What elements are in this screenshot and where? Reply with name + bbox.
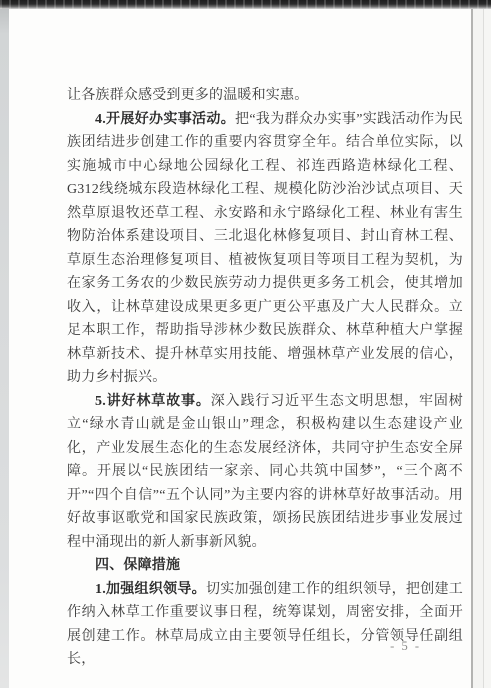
scanned-document-page: 让各族群众感受到更多的温暖和实惠。 4.开展好办实事活动。把“我为群众办实事”实… xyxy=(0,0,491,688)
paragraph-lead: 5.讲好林草故事。 xyxy=(95,394,211,409)
scan-edge-left xyxy=(0,0,9,688)
paragraph-text: 让各族群众感受到更多的温暖和实惠。 xyxy=(67,88,308,103)
page-edge-right xyxy=(471,0,491,688)
scan-edge-top xyxy=(0,0,491,9)
page-number: - 5 - xyxy=(390,639,421,654)
paragraph-continuation: 让各族群众感受到更多的温暖和实惠。 xyxy=(67,84,463,108)
paragraph-text: 把“我为群众办实事”实践活动作为民族团结进步创建工作的重要内容贯穿全年。结合单位… xyxy=(67,112,463,386)
paragraph-text: 深入践行习近平生态文明思想，牢固树立“绿水青山就是金山银山”理念，积极构建以生态… xyxy=(67,394,463,550)
paragraph-item-5: 5.讲好林草故事。深入践行习近平生态文明思想，牢固树立“绿水青山就是金山银山”理… xyxy=(67,390,463,555)
paragraph-item-4: 4.开展好办实事活动。把“我为群众办实事”实践活动作为民族团结进步创建工作的重要… xyxy=(67,108,463,390)
paragraph-lead: 1.加强组织领导。 xyxy=(95,582,206,597)
document-body: 让各族群众感受到更多的温暖和实惠。 4.开展好办实事活动。把“我为群众办实事”实… xyxy=(67,84,463,672)
paragraph-lead: 4.开展好办实事活动。 xyxy=(95,112,235,127)
paragraph-item-1: 1.加强组织领导。切实加强创建工作的组织领导，把创建工作纳入林草工作重要议事日程… xyxy=(67,578,463,672)
section-heading-text: 四、保障措施 xyxy=(95,558,180,573)
section-heading: 四、保障措施 xyxy=(67,554,463,578)
